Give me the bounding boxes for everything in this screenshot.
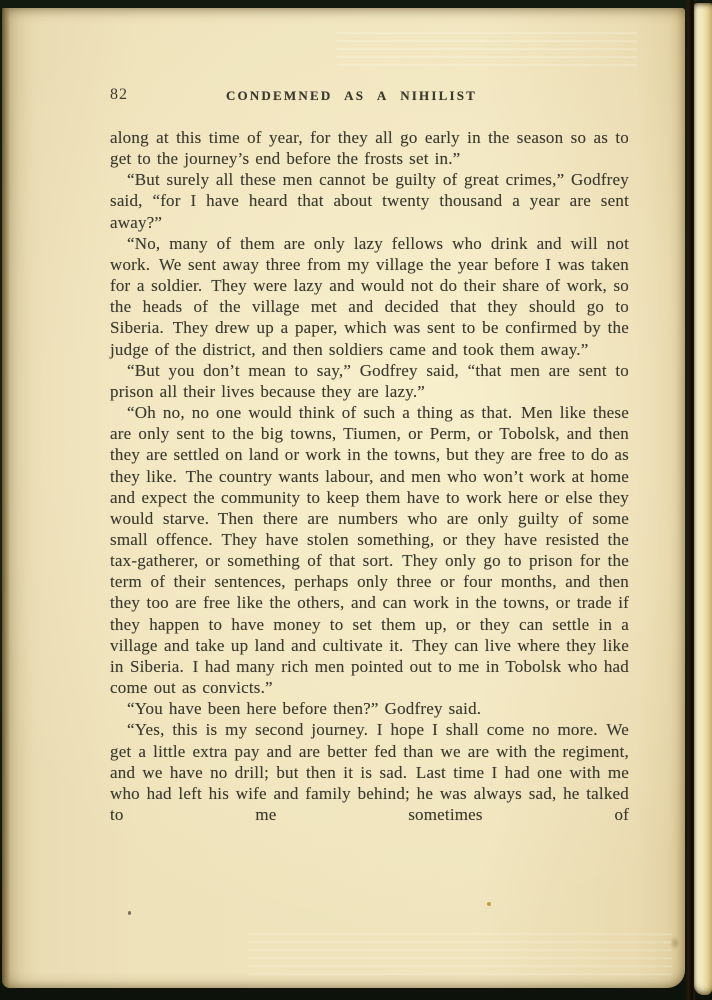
paragraph: along at this time of year, for they all… bbox=[110, 127, 629, 169]
page-number: 82 bbox=[110, 86, 128, 104]
running-header-title: CONDEMNED AS A NIHILIST bbox=[108, 86, 629, 104]
book-scan: 82 CONDEMNED AS A NIHILIST along at this… bbox=[0, 0, 712, 1000]
paper-smudge bbox=[670, 936, 680, 950]
page-header: 82 CONDEMNED AS A NIHILIST bbox=[108, 86, 629, 108]
next-page-edge bbox=[694, 3, 712, 995]
paragraph: “No, many of them are only lazy fellows … bbox=[110, 233, 629, 360]
paragraph: “Oh no, no one would think of such a thi… bbox=[110, 402, 629, 698]
paragraph: “You have been here before then?” Godfre… bbox=[110, 698, 629, 719]
book-page: 82 CONDEMNED AS A NIHILIST along at this… bbox=[2, 8, 685, 988]
paragraph: “But you don’t mean to say,” Godfrey sai… bbox=[110, 360, 629, 402]
paragraph: “Yes, this is my second journey. I hope … bbox=[110, 719, 629, 825]
scan-streak bbox=[337, 32, 637, 66]
paper-speck bbox=[487, 902, 491, 906]
paragraph: “But surely all these men cannot be guil… bbox=[110, 169, 629, 232]
scan-streak bbox=[247, 933, 672, 978]
paper-speck bbox=[128, 911, 131, 915]
page-body-text: along at this time of year, for they all… bbox=[110, 127, 629, 825]
